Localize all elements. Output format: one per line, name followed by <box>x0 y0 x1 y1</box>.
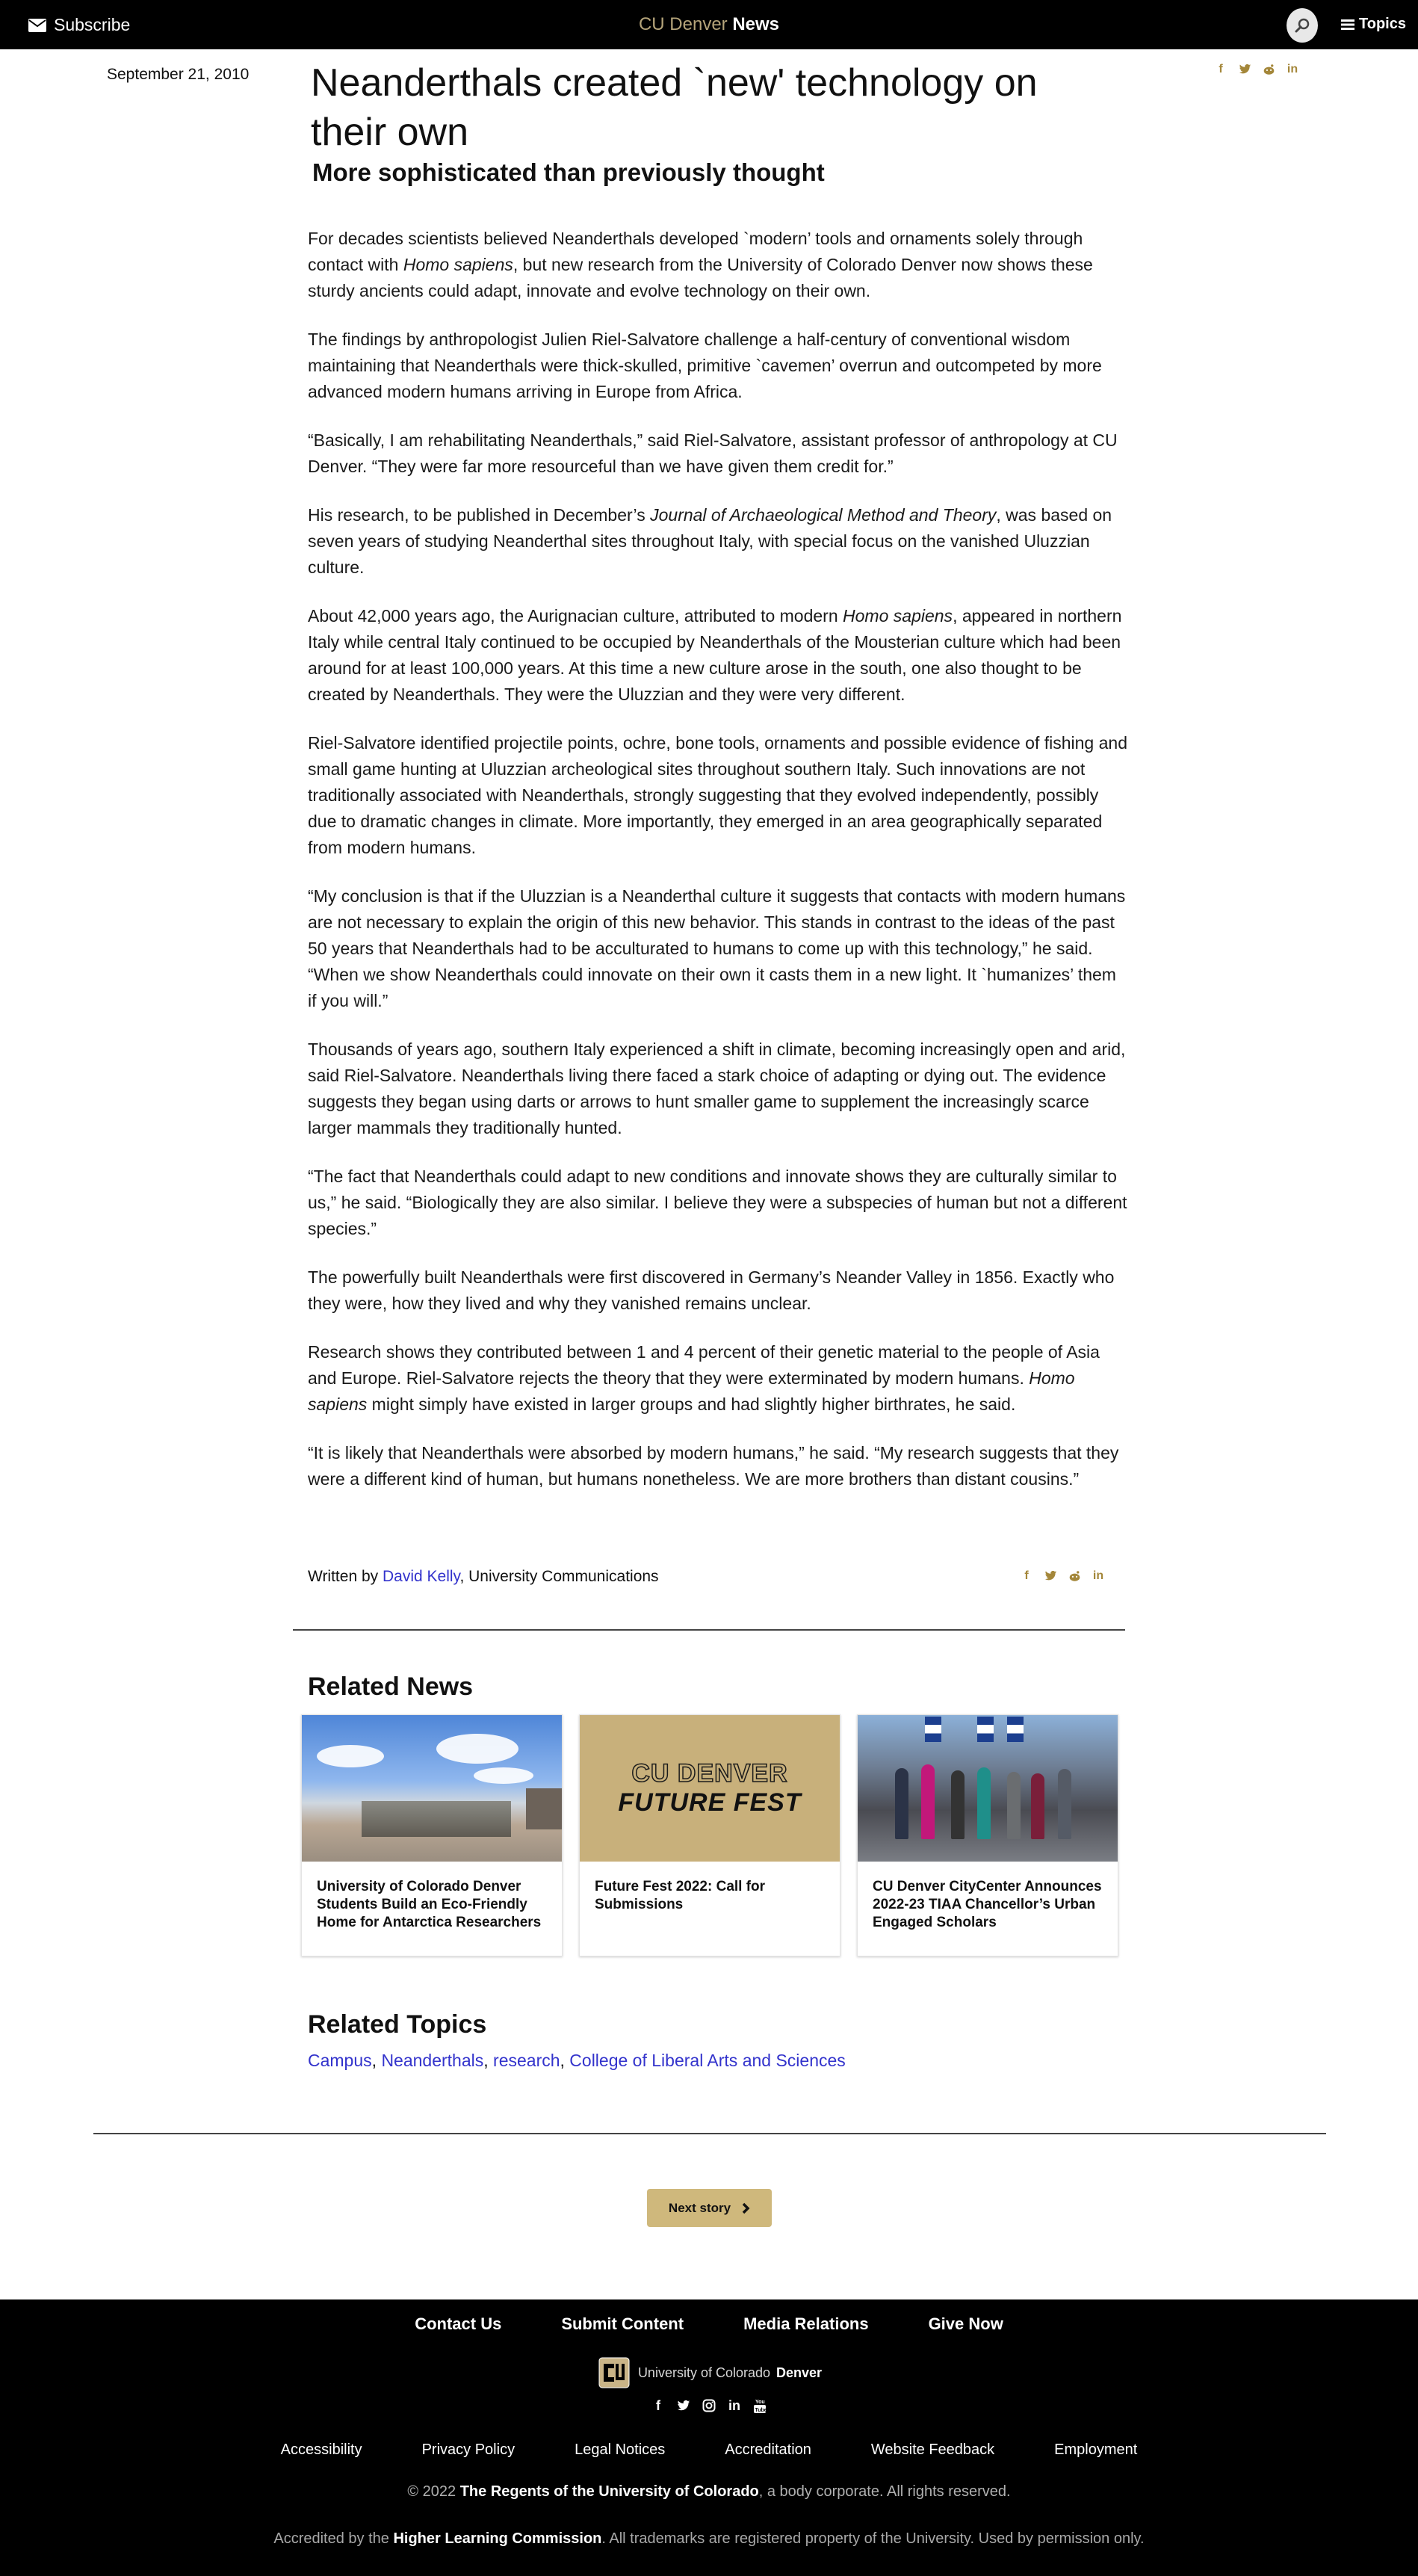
footer-link-legal-notices[interactable]: Legal Notices <box>575 2441 665 2459</box>
brand-prefix: CU Denver <box>639 14 728 34</box>
share-bar-top: f in <box>1214 63 1299 76</box>
divider <box>93 2133 1326 2134</box>
topics-menu-button[interactable]: Topics <box>1341 16 1406 33</box>
svg-text:You: You <box>755 2400 765 2405</box>
related-news-cards: University of Colorado Denver Students B… <box>301 1714 1118 1956</box>
paragraph: “The fact that Neanderthals could adapt … <box>308 1164 1128 1242</box>
paragraph: “It is likely that Neanderthals were abs… <box>308 1440 1128 1492</box>
paragraph: “Basically, I am rehabilitating Neandert… <box>308 427 1128 480</box>
footer-link-contact-us[interactable]: Contact Us <box>415 2314 501 2334</box>
paragraph: Research shows they contributed between … <box>308 1339 1128 1418</box>
related-news-heading: Related News <box>308 1672 473 1702</box>
chevron-right-icon <box>741 2202 750 2214</box>
footer-link-accreditation[interactable]: Accreditation <box>725 2441 811 2459</box>
related-topics-heading: Related Topics <box>308 2010 486 2039</box>
news-card-caption: University of Colorado Denver Students B… <box>302 1862 562 1948</box>
topics-label: Topics <box>1359 16 1406 33</box>
footer-link-give-now[interactable]: Give Now <box>929 2314 1003 2334</box>
divider <box>293 1629 1125 1631</box>
facebook-icon: f <box>1020 1569 1033 1583</box>
reddit-icon <box>1262 63 1275 76</box>
paragraph: About 42,000 years ago, the Aurignacian … <box>308 603 1128 708</box>
brand-suffix: News <box>732 14 779 34</box>
search-icon <box>1294 17 1310 34</box>
next-story-button[interactable]: Next story <box>647 2189 772 2227</box>
related-topics-list: Campus, Neanderthals, research, College … <box>308 2051 846 2071</box>
share-twitter[interactable] <box>1238 63 1251 76</box>
news-card-caption: CU Denver CityCenter Announces 2022-23 T… <box>858 1862 1118 1948</box>
facebook-icon[interactable]: f <box>650 2397 666 2415</box>
footer-link-submit-content[interactable]: Submit Content <box>561 2314 684 2334</box>
reddit-icon <box>1068 1569 1081 1583</box>
instagram-icon[interactable] <box>701 2397 717 2415</box>
byline: Written by David Kelly, University Commu… <box>308 1568 659 1586</box>
topic-link-neanderthals[interactable]: Neanderthals <box>381 2051 483 2070</box>
share-facebook[interactable]: f <box>1020 1569 1033 1583</box>
twitter-icon <box>1238 63 1251 76</box>
footer-main-links: Contact Us Submit Content Media Relation… <box>0 2314 1418 2334</box>
hlc-link[interactable]: Higher Learning Commission <box>393 2530 601 2547</box>
article-body: For decades scientists believed Neandert… <box>308 226 1128 1515</box>
paragraph: “My conclusion is that if the Uluzzian i… <box>308 883 1128 1014</box>
paragraph: Riel-Salvatore identified projectile poi… <box>308 730 1128 861</box>
cu-denver-logo[interactable]: University of Colorado Denver <box>0 2355 1418 2391</box>
footer-link-website-feedback[interactable]: Website Feedback <box>871 2441 994 2459</box>
svg-text:Tube: Tube <box>755 2408 767 2413</box>
share-linkedin[interactable]: in <box>1092 1569 1105 1583</box>
paragraph: For decades scientists believed Neandert… <box>308 226 1128 304</box>
footer-link-media-relations[interactable]: Media Relations <box>743 2314 868 2334</box>
news-card[interactable]: CU DENVER FUTURE FEST Future Fest 2022: … <box>579 1714 840 1956</box>
paragraph: His research, to be published in Decembe… <box>308 502 1128 581</box>
article-subtitle: More sophisticated than previously thoug… <box>312 158 825 187</box>
footer-link-accessibility[interactable]: Accessibility <box>281 2441 362 2459</box>
share-reddit[interactable] <box>1262 63 1275 76</box>
scholars-group-photo <box>858 1715 1118 1862</box>
footer-link-privacy-policy[interactable]: Privacy Policy <box>422 2441 515 2459</box>
site-brand[interactable]: CU Denver News <box>0 14 1418 35</box>
share-linkedin[interactable]: in <box>1286 63 1299 76</box>
footer-link-employment[interactable]: Employment <box>1054 2441 1137 2459</box>
article-title: Neanderthals created `new' technology on… <box>311 58 1103 157</box>
paragraph: Thousands of years ago, southern Italy e… <box>308 1037 1128 1141</box>
news-card[interactable]: CU Denver CityCenter Announces 2022-23 T… <box>857 1714 1118 1956</box>
author-link[interactable]: David Kelly <box>383 1568 459 1585</box>
youtube-icon[interactable]: YouTube <box>752 2397 768 2415</box>
article-date: September 21, 2010 <box>107 66 249 84</box>
cu-logo-icon <box>596 2355 632 2391</box>
search-button[interactable] <box>1287 8 1318 43</box>
paragraph: The powerfully built Neanderthals were f… <box>308 1264 1128 1317</box>
share-bar-bottom: f in <box>1020 1569 1105 1583</box>
regents-link[interactable]: The Regents of the University of Colorad… <box>460 2483 759 2500</box>
copyright-notice: © 2022 The Regents of the University of … <box>0 2483 1418 2501</box>
news-card-caption: Future Fest 2022: Call for Submissions <box>580 1862 840 1930</box>
topic-link-research[interactable]: research <box>493 2051 560 2070</box>
topic-link-campus[interactable]: Campus <box>308 2051 372 2070</box>
next-story-label: Next story <box>669 2201 731 2216</box>
news-card[interactable]: University of Colorado Denver Students B… <box>301 1714 563 1956</box>
linkedin-icon: in <box>1092 1569 1105 1583</box>
facebook-icon: f <box>1214 63 1227 76</box>
footer-legal-links: Accessibility Privacy Policy Legal Notic… <box>0 2441 1418 2459</box>
linkedin-icon[interactable]: in <box>726 2397 743 2415</box>
site-footer: Contact Us Submit Content Media Relation… <box>0 2299 1418 2576</box>
share-reddit[interactable] <box>1068 1569 1081 1583</box>
twitter-icon[interactable] <box>675 2397 692 2415</box>
topic-link-clas[interactable]: College of Liberal Arts and Sciences <box>569 2051 846 2070</box>
share-facebook[interactable]: f <box>1214 63 1227 76</box>
paragraph: The findings by anthropologist Julien Ri… <box>308 327 1128 405</box>
twitter-icon <box>1044 1569 1057 1583</box>
eco-home-photo <box>302 1715 562 1862</box>
hamburger-icon <box>1341 19 1354 31</box>
top-nav-bar: Subscribe CU Denver News Topics <box>0 0 1418 49</box>
linkedin-icon: in <box>1286 63 1299 76</box>
footer-social-links: f in YouTube <box>0 2397 1418 2415</box>
share-twitter[interactable] <box>1044 1569 1057 1583</box>
future-fest-graphic: CU DENVER FUTURE FEST <box>580 1715 840 1862</box>
accreditation-notice: Accredited by the Higher Learning Commis… <box>0 2530 1418 2548</box>
